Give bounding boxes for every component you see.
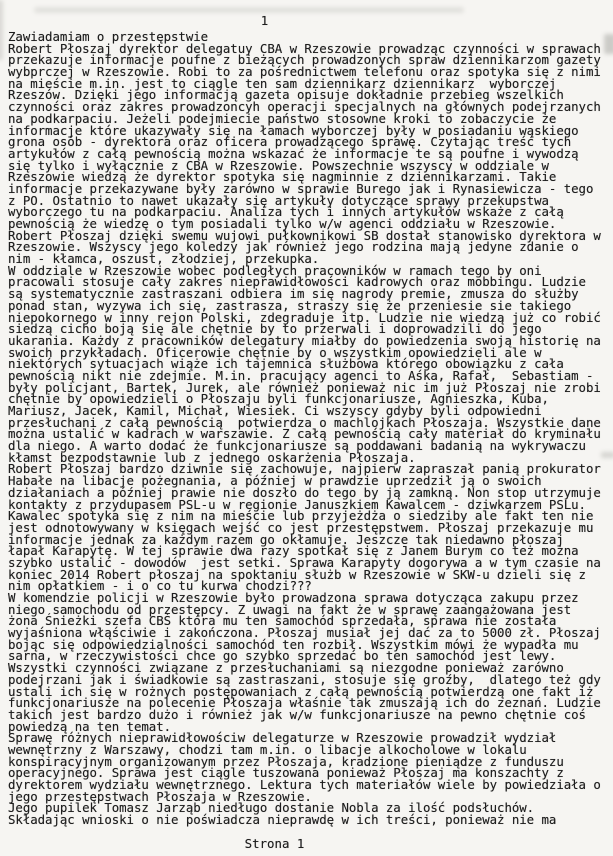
scan-artifact — [34, 7, 464, 13]
page-footer: Strona 1 — [0, 837, 581, 850]
document-page: 1 Zawiadamiam o przestępstwieRobert Płos… — [0, 0, 613, 856]
text-line: Składając wnioski o nie poświadcza niepr… — [8, 814, 610, 826]
scan-artifact — [0, 0, 3, 60]
page-number: 1 — [0, 14, 571, 28]
document-body: Zawiadamiam o przestępstwieRobert Płosza… — [8, 31, 610, 826]
